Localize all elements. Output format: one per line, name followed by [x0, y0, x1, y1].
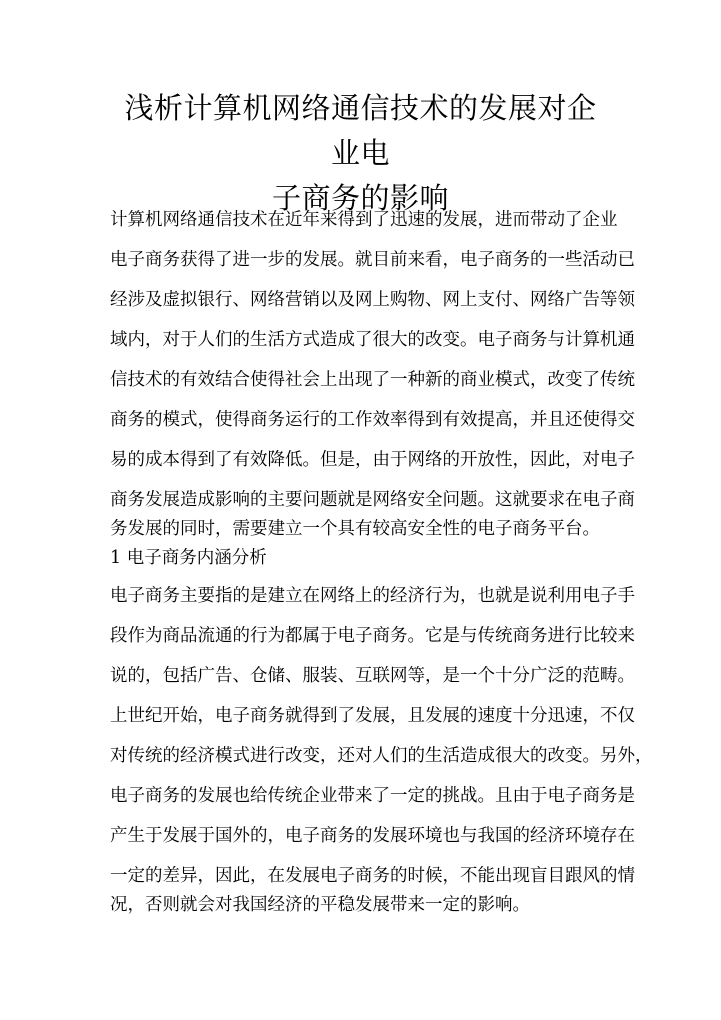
paragraph-line: 电子商务主要指的是建立在网络上的经济行为，也就是说利用电子手 — [110, 584, 611, 608]
document-title: 浅析计算机网络通信技术的发展对企业电 子商务的影响 — [110, 86, 611, 221]
paragraph-line: 计算机网络通信技术在近年来得到了迅速的发展，进而带动了企业 — [110, 208, 611, 232]
paragraph-line: 商务的模式，使得商务运行的工作效率得到有效提高，并且还使得交 — [110, 408, 611, 432]
paragraph-line: 务发展的同时，需要建立一个具有较高安全性的电子商务平台。 — [110, 517, 611, 541]
paragraph-line: 产生于发展于国外的，电子商务的发展环境也与我国的经济环境存在 — [110, 824, 611, 848]
paragraph-line: 况，否则就会对我国经济的平稳发展带来一定的影响。 — [110, 893, 611, 917]
paragraph-line: 上世纪开始，电子商务就得到了发展，且发展的速度十分迅速，不仅 — [110, 704, 611, 728]
paragraph-line: 电子商务的发展也给传统企业带来了一定的挑战。且由于电子商务是 — [110, 784, 611, 808]
paragraph-line: 对传统的经济模式进行改变，还对人们的生活造成很大的改变。另外， — [110, 744, 611, 768]
paragraph-line: 电子商务获得了进一步的发展。就目前来看，电子商务的一些活动已 — [110, 248, 611, 272]
paragraph-line: 段作为商品流通的行为都属于电子商务。它是与传统商务进行比较来 — [110, 624, 611, 648]
paragraph-line: 说的，包括广告、仓储、服装、互联网等，是一个十分广泛的范畴。 — [110, 664, 611, 688]
paragraph-line: 商务发展造成影响的主要问题就是网络安全问题。这就要求在电子商 — [110, 488, 611, 512]
paragraph-line: 域内，对于人们的生活方式造成了很大的改变。电子商务与计算机通 — [110, 328, 611, 352]
paragraph-line: 经涉及虚拟银行、网络营销以及网上购物、网上支付、网络广告等领 — [110, 288, 611, 312]
section-heading: 1 电子商务内涵分析 — [110, 546, 611, 570]
title-line: 浅析计算机网络通信技术的发展对企业电 — [110, 86, 611, 176]
paragraph-line: 易的成本得到了有效降低。但是，由于网络的开放性，因此，对电子 — [110, 448, 611, 472]
paragraph-line: 一定的差异，因此，在发展电子商务的时候，不能出现盲目跟风的情 — [110, 864, 611, 888]
document-page: 浅析计算机网络通信技术的发展对企业电 子商务的影响 计算机网络通信技术在近年来得… — [0, 0, 721, 1020]
paragraph-line: 信技术的有效结合使得社会上出现了一种新的商业模式，改变了传统 — [110, 368, 611, 392]
